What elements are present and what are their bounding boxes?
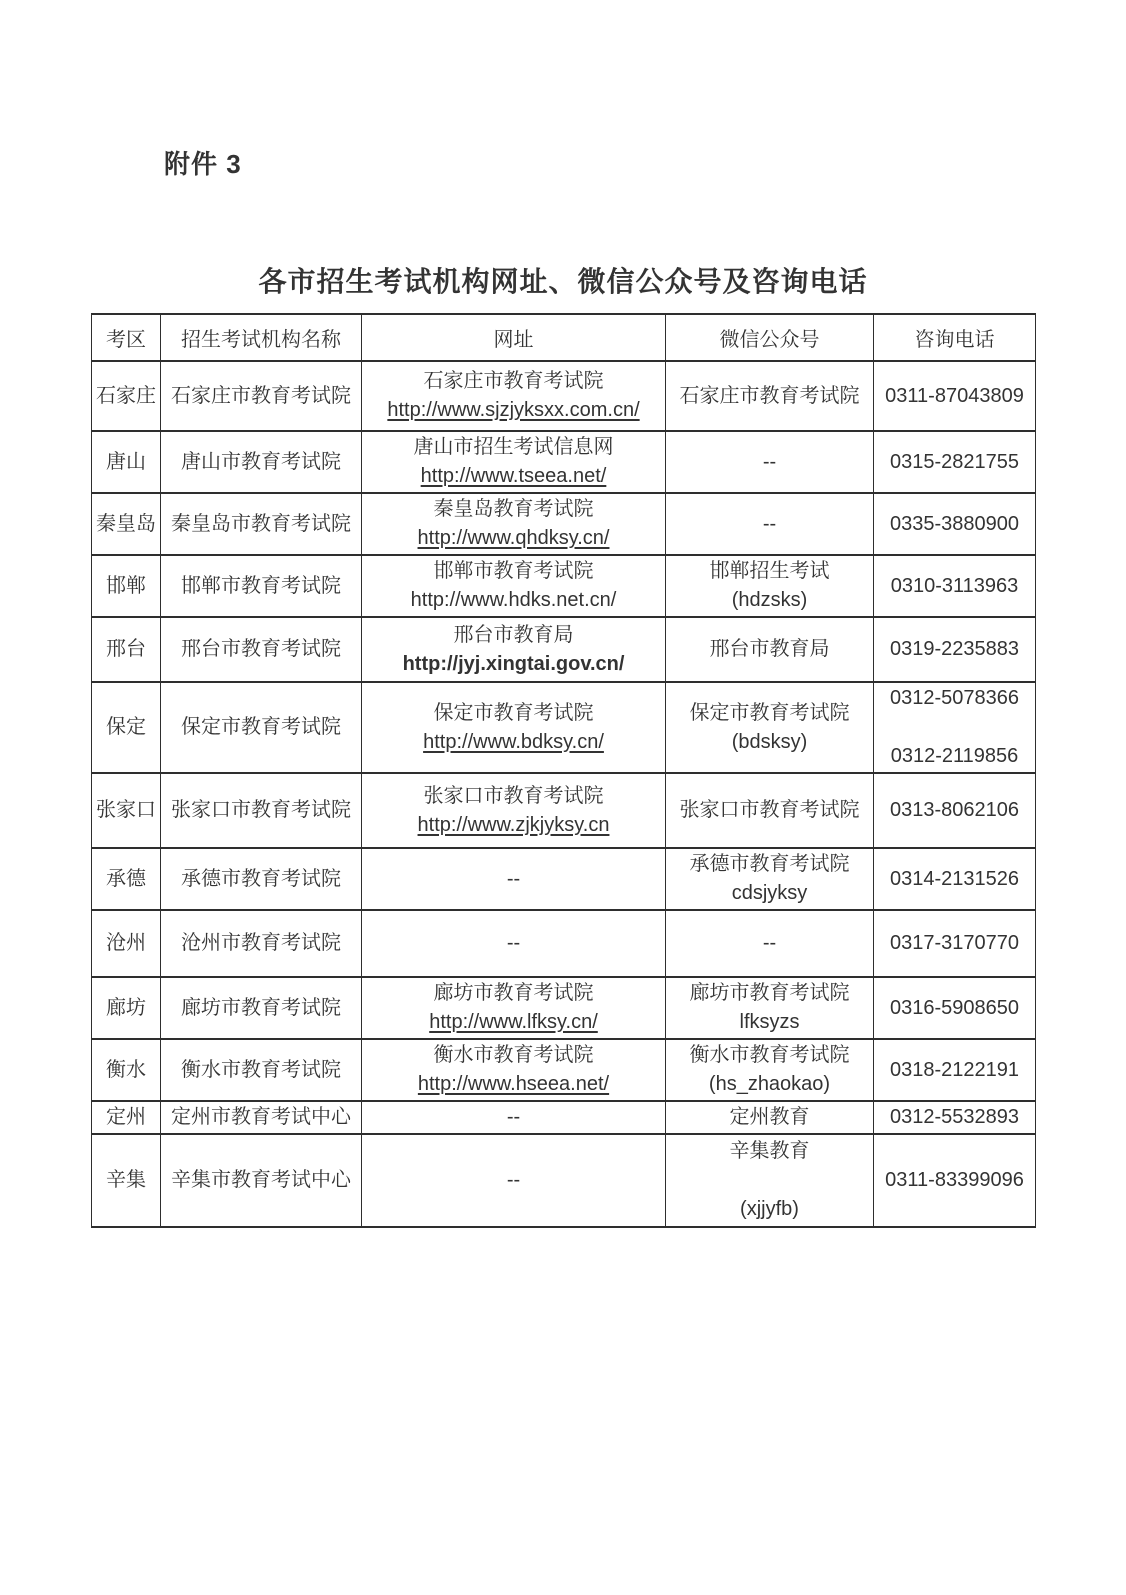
table-body: 石家庄石家庄市教育考试院石家庄市教育考试院http://www.sjzjyksx…	[92, 361, 1036, 1227]
cell-region: 沧州	[92, 910, 161, 977]
cell-line: 廊坊	[94, 994, 158, 1023]
cell-website: 邯郸市教育考试院http://www.hdks.net.cn/	[362, 555, 666, 617]
cell-line: 保定市教育考试院	[364, 699, 663, 728]
cell-region: 廊坊	[92, 977, 161, 1039]
cell-region: 邢台	[92, 617, 161, 682]
cell-line: 邢台	[94, 635, 158, 664]
cell-wechat: --	[666, 431, 874, 493]
cell-line: 0319-2235883	[876, 635, 1033, 664]
cell-wechat: 石家庄市教育考试院	[666, 361, 874, 431]
cell-line: 0335-3880900	[876, 510, 1033, 539]
cell-line: 0318-2122191	[876, 1056, 1033, 1085]
table-row: 定州定州市教育考试中心--定州教育0312-5532893	[92, 1101, 1036, 1134]
cell-line: 衡水	[94, 1056, 158, 1085]
cell-phone: 0316-5908650	[874, 977, 1036, 1039]
column-header-wechat: 微信公众号	[666, 314, 874, 361]
cell-line: --	[364, 929, 663, 958]
cell-line: 承德市教育考试院	[668, 850, 871, 879]
cell-line: 辛集	[94, 1166, 158, 1195]
cell-line: 张家口市教育考试院	[364, 782, 663, 811]
table-header: 考区 招生考试机构名称 网址 微信公众号 咨询电话	[92, 314, 1036, 361]
cell-website: 秦皇岛教育考试院http://www.qhdksy.cn/	[362, 493, 666, 555]
cell-line: 承德	[94, 865, 158, 894]
cell-line: 定州教育	[668, 1103, 871, 1132]
cell-wechat: --	[666, 493, 874, 555]
document-page: 附件 3 各市招生考试机构网址、微信公众号及咨询电话 考区 招生考试机构名称 网…	[0, 0, 1126, 1595]
cell-line: 沧州	[94, 929, 158, 958]
cell-line: 石家庄市教育考试院	[163, 382, 359, 411]
cell-institution: 邢台市教育考试院	[161, 617, 362, 682]
cell-line: (hdzsks)	[668, 586, 871, 615]
cell-line: --	[668, 929, 871, 958]
page-title: 各市招生考试机构网址、微信公众号及咨询电话	[0, 260, 1126, 300]
cell-line: 0316-5908650	[876, 994, 1033, 1023]
cell-line: 0310-3113963	[876, 572, 1033, 601]
cell-wechat: 张家口市教育考试院	[666, 773, 874, 848]
column-header-region: 考区	[92, 314, 161, 361]
website-link: http://jyj.xingtai.gov.cn/	[364, 650, 663, 679]
cell-line: 张家口市教育考试院	[163, 796, 359, 825]
cell-line: 承德市教育考试院	[163, 865, 359, 894]
cell-line: 秦皇岛教育考试院	[364, 495, 663, 524]
website-link[interactable]: http://www.bdksy.cn/	[364, 728, 663, 757]
cell-line: 0312-5532893	[876, 1103, 1033, 1132]
cell-website: --	[362, 1101, 666, 1134]
website-link[interactable]: http://www.sjzjyksxx.com.cn/	[364, 396, 663, 425]
cell-line: 唐山市教育考试院	[163, 448, 359, 477]
cell-line: 保定市教育考试院	[163, 713, 359, 742]
cell-line: 石家庄	[94, 382, 158, 411]
cell-line: 邯郸市教育考试院	[163, 572, 359, 601]
cell-phone: 0317-3170770	[874, 910, 1036, 977]
cell-line: 0313-8062106	[876, 796, 1033, 825]
cell-wechat: 辛集教育(xjjyfb)	[666, 1134, 874, 1227]
cell-line: 衡水市教育考试院	[364, 1041, 663, 1070]
cell-line: 廊坊市教育考试院	[163, 994, 359, 1023]
cell-line: 0312-5078366	[876, 684, 1033, 713]
cell-line: --	[364, 1103, 663, 1132]
cell-line: 石家庄市教育考试院	[668, 382, 871, 411]
table-row: 辛集辛集市教育考试中心--辛集教育(xjjyfb)0311-83399096	[92, 1134, 1036, 1227]
cell-region: 辛集	[92, 1134, 161, 1227]
cell-phone: 0313-8062106	[874, 773, 1036, 848]
cell-line: 辛集市教育考试中心	[163, 1166, 359, 1195]
cell-institution: 定州市教育考试中心	[161, 1101, 362, 1134]
cell-website: 石家庄市教育考试院http://www.sjzjyksxx.com.cn/	[362, 361, 666, 431]
cell-wechat: 承德市教育考试院cdsjyksy	[666, 848, 874, 910]
cell-line: 衡水市教育考试院	[668, 1041, 871, 1070]
cell-line: 0311-87043809	[876, 382, 1033, 411]
cell-institution: 廊坊市教育考试院	[161, 977, 362, 1039]
cell-line: 定州	[94, 1103, 158, 1132]
column-header-institution: 招生考试机构名称	[161, 314, 362, 361]
cell-wechat: 廊坊市教育考试院lfksyzs	[666, 977, 874, 1039]
cell-line: cdsjyksy	[668, 879, 871, 908]
cell-phone: 0312-5532893	[874, 1101, 1036, 1134]
cell-region: 承德	[92, 848, 161, 910]
column-header-phone: 咨询电话	[874, 314, 1036, 361]
cell-line: 0312-2119856	[876, 742, 1033, 771]
website-link: http://www.hdks.net.cn/	[364, 586, 663, 615]
cell-line: 保定市教育考试院	[668, 699, 871, 728]
table-row: 承德承德市教育考试院--承德市教育考试院cdsjyksy0314-2131526	[92, 848, 1036, 910]
cell-line	[876, 713, 1033, 742]
cell-institution: 保定市教育考试院	[161, 682, 362, 773]
cell-line: 衡水市教育考试院	[163, 1056, 359, 1085]
cell-line: 0314-2131526	[876, 865, 1033, 894]
cell-line: 邯郸招生考试	[668, 557, 871, 586]
cell-website: 唐山市招生考试信息网http://www.tseea.net/	[362, 431, 666, 493]
cell-website: 邢台市教育局http://jyj.xingtai.gov.cn/	[362, 617, 666, 682]
cell-line: 唐山市招生考试信息网	[364, 433, 663, 462]
cell-phone: 0312-50783660312-2119856	[874, 682, 1036, 773]
cell-line: 0317-3170770	[876, 929, 1033, 958]
cell-line: 邢台市教育局	[364, 621, 663, 650]
institutions-table: 考区 招生考试机构名称 网址 微信公众号 咨询电话 石家庄石家庄市教育考试院石家…	[91, 313, 1036, 1228]
cell-region: 秦皇岛	[92, 493, 161, 555]
cell-institution: 唐山市教育考试院	[161, 431, 362, 493]
cell-line: 定州市教育考试中心	[163, 1103, 359, 1132]
cell-website: 保定市教育考试院http://www.bdksy.cn/	[362, 682, 666, 773]
cell-institution: 沧州市教育考试院	[161, 910, 362, 977]
cell-line: 廊坊市教育考试院	[668, 979, 871, 1008]
cell-region: 衡水	[92, 1039, 161, 1101]
cell-line: 秦皇岛市教育考试院	[163, 510, 359, 539]
cell-institution: 秦皇岛市教育考试院	[161, 493, 362, 555]
table-row: 张家口张家口市教育考试院张家口市教育考试院http://www.zjkjyksy…	[92, 773, 1036, 848]
header-row: 考区 招生考试机构名称 网址 微信公众号 咨询电话	[92, 314, 1036, 361]
cell-line: 邢台市教育考试院	[163, 635, 359, 664]
table-row: 邢台邢台市教育考试院邢台市教育局http://jyj.xingtai.gov.c…	[92, 617, 1036, 682]
table-row: 沧州沧州市教育考试院----0317-3170770	[92, 910, 1036, 977]
cell-phone: 0311-83399096	[874, 1134, 1036, 1227]
website-link[interactable]: http://www.qhdksy.cn/	[364, 524, 663, 553]
cell-wechat: --	[666, 910, 874, 977]
cell-website: --	[362, 1134, 666, 1227]
cell-line: 石家庄市教育考试院	[364, 367, 663, 396]
table-row: 衡水衡水市教育考试院衡水市教育考试院http://www.hseea.net/衡…	[92, 1039, 1036, 1101]
cell-website: 张家口市教育考试院http://www.zjkjyksy.cn	[362, 773, 666, 848]
cell-region: 张家口	[92, 773, 161, 848]
website-link[interactable]: http://www.zjkjyksy.cn	[364, 811, 663, 840]
cell-line: 秦皇岛	[94, 510, 158, 539]
cell-institution: 衡水市教育考试院	[161, 1039, 362, 1101]
cell-line: --	[364, 1166, 663, 1195]
table-row: 保定保定市教育考试院保定市教育考试院http://www.bdksy.cn/保定…	[92, 682, 1036, 773]
cell-region: 唐山	[92, 431, 161, 493]
cell-institution: 邯郸市教育考试院	[161, 555, 362, 617]
cell-wechat: 保定市教育考试院(bdsksy)	[666, 682, 874, 773]
website-link[interactable]: http://www.hseea.net/	[364, 1070, 663, 1099]
table-row: 邯郸邯郸市教育考试院邯郸市教育考试院http://www.hdks.net.cn…	[92, 555, 1036, 617]
cell-line	[668, 1166, 871, 1195]
column-header-website: 网址	[362, 314, 666, 361]
cell-line: (xjjyfb)	[668, 1195, 871, 1224]
cell-website: --	[362, 910, 666, 977]
cell-institution: 承德市教育考试院	[161, 848, 362, 910]
cell-institution: 张家口市教育考试院	[161, 773, 362, 848]
website-link[interactable]: http://www.lfksy.cn/	[364, 1008, 663, 1037]
cell-line: 邯郸市教育考试院	[364, 557, 663, 586]
cell-phone: 0319-2235883	[874, 617, 1036, 682]
cell-line: --	[668, 448, 871, 477]
cell-line: (bdsksy)	[668, 728, 871, 757]
table-row: 唐山唐山市教育考试院唐山市招生考试信息网http://www.tseea.net…	[92, 431, 1036, 493]
cell-phone: 0311-87043809	[874, 361, 1036, 431]
cell-institution: 辛集市教育考试中心	[161, 1134, 362, 1227]
cell-phone: 0335-3880900	[874, 493, 1036, 555]
cell-phone: 0314-2131526	[874, 848, 1036, 910]
cell-line: 张家口市教育考试院	[668, 796, 871, 825]
cell-phone: 0318-2122191	[874, 1039, 1036, 1101]
cell-line: 邢台市教育局	[668, 635, 871, 664]
table-row: 石家庄石家庄市教育考试院石家庄市教育考试院http://www.sjzjyksx…	[92, 361, 1036, 431]
cell-wechat: 邢台市教育局	[666, 617, 874, 682]
cell-line: 辛集教育	[668, 1137, 871, 1166]
cell-line: lfksyzs	[668, 1008, 871, 1037]
cell-line: 沧州市教育考试院	[163, 929, 359, 958]
cell-line: 邯郸	[94, 572, 158, 601]
cell-institution: 石家庄市教育考试院	[161, 361, 362, 431]
cell-phone: 0315-2821755	[874, 431, 1036, 493]
table-row: 秦皇岛秦皇岛市教育考试院秦皇岛教育考试院http://www.qhdksy.cn…	[92, 493, 1036, 555]
table-row: 廊坊廊坊市教育考试院廊坊市教育考试院http://www.lfksy.cn/廊坊…	[92, 977, 1036, 1039]
website-link[interactable]: http://www.tseea.net/	[364, 462, 663, 491]
cell-line: 廊坊市教育考试院	[364, 979, 663, 1008]
cell-line: --	[364, 865, 663, 894]
cell-line: 保定	[94, 713, 158, 742]
attachment-label: 附件 3	[164, 144, 242, 181]
cell-line: 0311-83399096	[876, 1166, 1033, 1195]
cell-line: (hs_zhaokao)	[668, 1070, 871, 1099]
cell-line: --	[668, 510, 871, 539]
cell-wechat: 衡水市教育考试院(hs_zhaokao)	[666, 1039, 874, 1101]
cell-wechat: 邯郸招生考试(hdzsks)	[666, 555, 874, 617]
cell-website: 衡水市教育考试院http://www.hseea.net/	[362, 1039, 666, 1101]
cell-region: 邯郸	[92, 555, 161, 617]
cell-line: 张家口	[94, 796, 158, 825]
cell-line: 唐山	[94, 448, 158, 477]
cell-line: 0315-2821755	[876, 448, 1033, 477]
cell-phone: 0310-3113963	[874, 555, 1036, 617]
cell-wechat: 定州教育	[666, 1101, 874, 1134]
cell-region: 石家庄	[92, 361, 161, 431]
cell-region: 保定	[92, 682, 161, 773]
cell-website: --	[362, 848, 666, 910]
cell-region: 定州	[92, 1101, 161, 1134]
cell-website: 廊坊市教育考试院http://www.lfksy.cn/	[362, 977, 666, 1039]
